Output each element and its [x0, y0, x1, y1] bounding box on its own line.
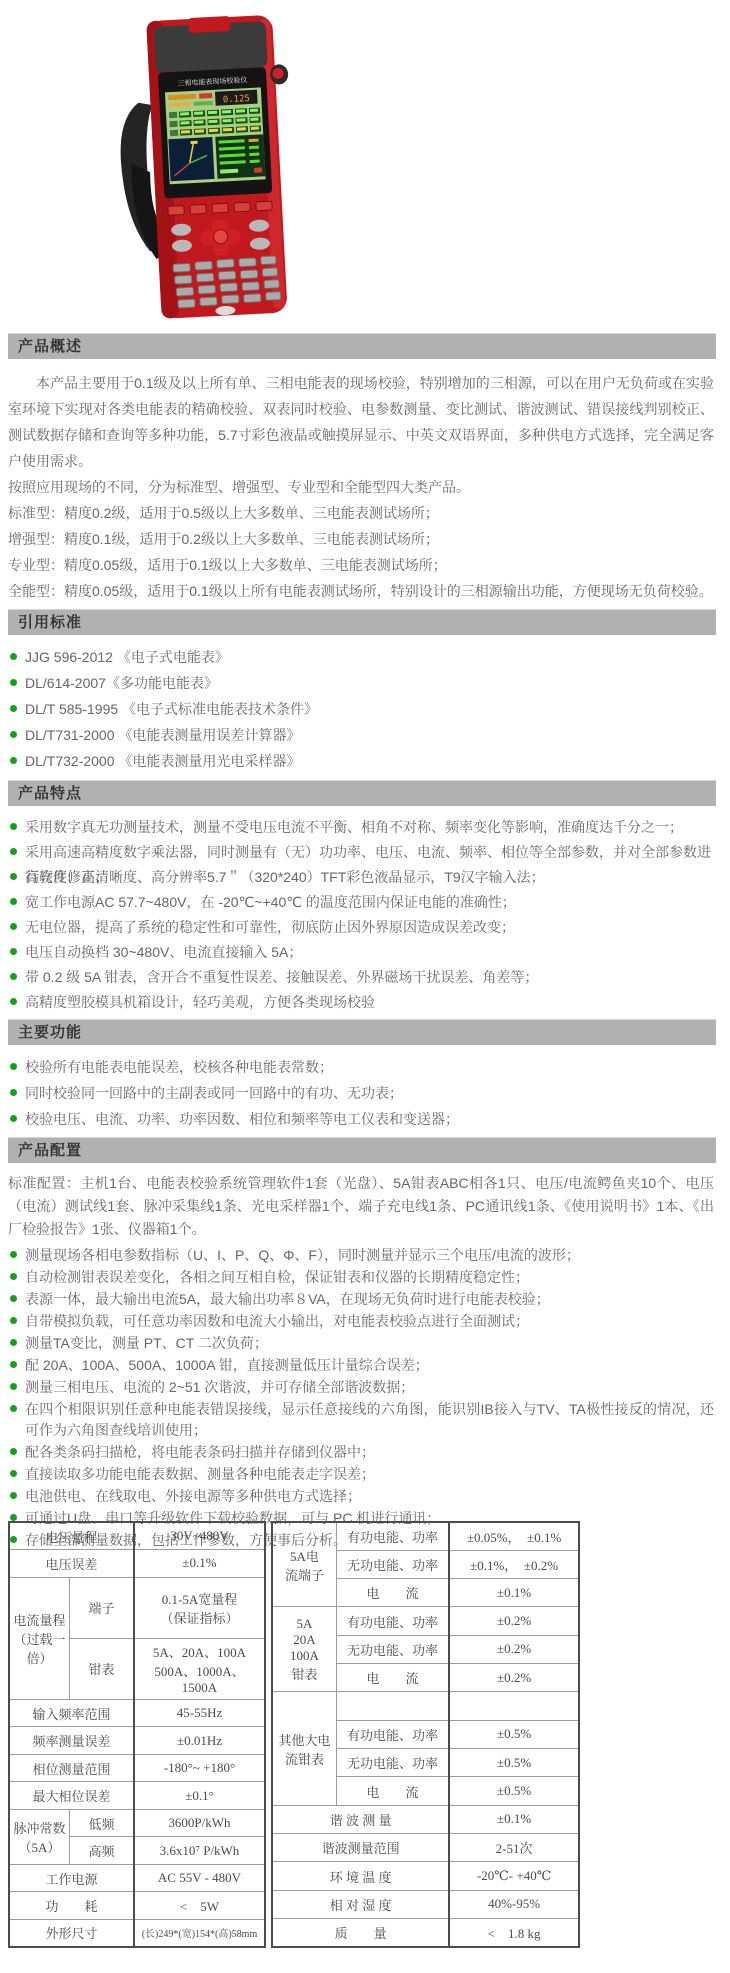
list-item: 宽工作电源AC 57.7~480V，在 -20℃~+40℃ 的温度范围内保证电能… — [8, 890, 714, 915]
spec-label: 有功电能、功率 — [336, 1522, 449, 1550]
spec-value: ±0.5% — [449, 1749, 579, 1777]
spec-label: 相 对 湿 度 — [272, 1890, 449, 1918]
bullet-icon — [10, 1063, 17, 1070]
list-item: 校验电压、电流、功率、功率因数、相位和频率等电工仪表和变送器； — [8, 1106, 714, 1132]
bullet-icon — [10, 1251, 17, 1258]
spec-table-right: 5A电 流端子有功电能、功率±0.05%， ±0.1% 无功电能、功率±0.1%… — [271, 1521, 580, 1948]
spec-label: 环 境 温 度 — [272, 1862, 449, 1890]
config-list: 测量现场各相电参数指标（U、I、P、Q、Φ、F），同时测量并显示三个电压/电流的… — [0, 1241, 730, 1551]
spec-label: 无功电能、功率 — [336, 1749, 449, 1777]
product-image: 三相电能表现场校验仪 0.125 — [108, 4, 318, 337]
spec-label: 电压量程 — [9, 1522, 134, 1550]
bullet-icon — [10, 1295, 17, 1302]
spec-label: 高频 — [69, 1837, 134, 1865]
spec-label: 外形尺寸 — [9, 1919, 134, 1947]
list-item: 测量现场各相电参数指标（U、I、P、Q、Φ、F），同时测量并显示三个电压/电流的… — [8, 1245, 714, 1266]
list-item: 同时校验同一回路中的主副表或同一回路中的有功、无功表； — [8, 1080, 714, 1106]
bullet-icon — [10, 923, 17, 930]
features-list: 采用数字真无功测量技术，测量不受电压电流不平衡、相角不对称、频率变化等影响，准确… — [0, 806, 730, 1015]
list-item: DL/T732-2000 《电能表测量用光电采样器》 — [8, 748, 714, 774]
spec-label: 有功电能、功率 — [336, 1607, 449, 1635]
list-item: 配各类条码扫描枪，将电能表条码扫描并存储到仪器中； — [8, 1442, 714, 1463]
spec-value: AC 55V - 480V — [134, 1864, 265, 1892]
spec-value: ±0.5% — [449, 1777, 579, 1805]
bullet-icon — [10, 1273, 17, 1280]
list-item: DL/T 585-1995 《电子式标准电能表技术条件》 — [8, 696, 714, 722]
list-item: 带 0.2 级 5A 钳表，含开合不重复性误差、接触误差、外界磁场干扰误差、角差… — [8, 965, 714, 990]
device-illustration: 三相电能表现场校验仪 0.125 — [108, 4, 318, 332]
bullet-icon — [10, 1089, 17, 1096]
overview-type: 标准型：精度0.2级，适用于0.5级以上大多数单、三电能表测试场所； — [8, 500, 714, 526]
list-item: 表源一体，最大输出电流5A，最大输出功率８VA，在现场无负荷时进行电能表校验； — [8, 1289, 714, 1310]
bullet-icon — [10, 998, 17, 1005]
list-item: 采用高速高精度数字乘法器，同时测量有（无）功功率、电压、电流、频率、相位等全部参… — [8, 840, 714, 865]
bullet-icon — [10, 1448, 17, 1455]
spec-group: 5A 20A 100A 钳表 — [272, 1607, 336, 1692]
spec-group: 5A电 流端子 — [272, 1522, 336, 1607]
list-item: 测量三相电压、电流的 2~51 次谐波，并可存储全部谐波数据； — [8, 1377, 714, 1398]
bullet-icon — [10, 757, 17, 764]
spec-label: 低频 — [69, 1809, 134, 1837]
section-header-config: 产品配置 — [8, 1137, 716, 1163]
list-item: 无电位器，提高了系统的稳定性和可靠性，彻底防止因外界原因造成误差改变； — [8, 915, 714, 940]
spec-value: < 5W — [134, 1892, 265, 1920]
spec-value: 2-51次 — [449, 1834, 579, 1862]
spec-value: -20℃- +40℃ — [449, 1862, 579, 1890]
bullet-icon — [10, 898, 17, 905]
bullet-icon — [10, 1383, 17, 1390]
section-title: 产品概述 — [18, 338, 82, 355]
spec-label: 电 流 — [336, 1664, 449, 1692]
spec-value: ±0.1% — [449, 1579, 579, 1607]
spec-label: 端子 — [69, 1577, 134, 1638]
spec-value: 40%-95% — [449, 1890, 579, 1918]
readings-panel — [215, 134, 265, 178]
spec-value: ±0.05%， ±0.1% — [449, 1522, 579, 1550]
list-item: DL/T731-2000 《电能表测量用误差计算器》 — [8, 722, 714, 748]
spec-value: 45-55Hz — [134, 1699, 265, 1727]
spec-label: 电 流 — [336, 1777, 449, 1805]
spec-label: 无功电能、功率 — [336, 1550, 449, 1578]
list-item: 采用数字真无功测量技术，测量不受电压电流不平衡、相角不对称、频率变化等影响，准确… — [8, 815, 714, 840]
overview-body: 本产品主要用于0.1级及以上所有单、三相电能表的现场校验，特别增加的三相源，可以… — [8, 359, 714, 604]
spec-table-left: 电压量程30V~480V 电压误差±0.1% 电流量程 （过载一 倍）端子0.1… — [8, 1521, 266, 1948]
bullet-icon — [10, 1361, 17, 1368]
spec-label: 相位测量范围 — [9, 1754, 134, 1782]
spec-label: 电 流 — [336, 1579, 449, 1607]
section-title: 引用标准 — [18, 614, 82, 631]
spec-value: 0.1-5A宽量程 （保证指标） — [134, 1577, 265, 1638]
spec-group: 电流量程 （过载一 倍） — [9, 1577, 69, 1699]
spec-value: (长)249*(宽)154*(高)58mm — [134, 1919, 265, 1947]
spec-label: 谐波测量范围 — [272, 1834, 449, 1862]
standards-list: JJG 596-2012 《电子式电能表》 DL/614-2007《多功能电能表… — [0, 635, 730, 774]
list-item: 在四个相限识别任意种电能表错误接线，显示任意接线的六角图，能识别IB接入与TV、… — [8, 1399, 714, 1441]
list-item: JJG 596-2012 《电子式电能表》 — [8, 644, 714, 670]
bullet-icon — [10, 873, 17, 880]
spec-value: ±0.2% — [449, 1635, 579, 1663]
overview-type: 增强型：精度0.1级，适用于0.2级以上大多数单、三电能表测试场所； — [8, 526, 714, 552]
list-item: 电池供电、在线取电、外接电源等多种供电方式选择； — [8, 1486, 714, 1507]
standard-config-paragraph: 标准配置：主机1台、电能表校验系统管理软件1套（光盘）、5A钳表ABC相各1只、… — [8, 1163, 714, 1241]
spec-label: 有功电能、功率 — [336, 1720, 449, 1748]
spec-group: 脉冲常数 （5A） — [9, 1809, 69, 1864]
bullet-icon — [10, 653, 17, 660]
list-item: 配 20A、100A、500A、1000A 钳，直接测量低压计量综合误差； — [8, 1355, 714, 1376]
spec-label: 谐 波 测 量 — [272, 1805, 449, 1833]
bullet-icon — [10, 1405, 17, 1412]
bullet-icon — [10, 705, 17, 712]
list-item: 自动检测钳表误差变化，各相之间互相自检，保证钳表和仪器的长期精度稳定性； — [8, 1267, 714, 1288]
spec-value: ±0.01Hz — [134, 1727, 265, 1755]
list-item: 自带模拟负载，可任意功率因数和电流大小输出，对电能表校验点进行全面测试； — [8, 1311, 714, 1332]
spec-value: ±0.1° — [134, 1782, 265, 1810]
section-title: 产品特点 — [18, 785, 82, 802]
section-header-standards: 引用标准 — [8, 609, 716, 635]
bullet-icon — [10, 948, 17, 955]
spec-label: 无功电能、功率 — [336, 1635, 449, 1663]
bullet-icon — [10, 973, 17, 980]
bullet-icon — [10, 1115, 17, 1122]
spec-label: 电压误差 — [9, 1550, 134, 1578]
screen-reading: 0.125 — [223, 94, 251, 105]
spec-value: ±0.1%， ±0.2% — [449, 1550, 579, 1578]
spec-label: 输入频率范围 — [9, 1699, 134, 1727]
list-item: DL/614-2007《多功能电能表》 — [8, 670, 714, 696]
list-item: 直接读取多功能电能表数据、测量各种电能表走字误差； — [8, 1464, 714, 1485]
spec-value: 5A、20A、100A 500A、1000A、1500A — [134, 1638, 265, 1699]
spec-tables: 电压量程30V~480V 电压误差±0.1% 电流量程 （过载一 倍）端子0.1… — [8, 1521, 580, 1948]
spec-label: 功 耗 — [9, 1892, 134, 1920]
spec-label: 质 量 — [272, 1919, 449, 1947]
spec-group: 其他大电 流钳表 — [272, 1692, 336, 1805]
spec-label: 工作电源 — [9, 1864, 134, 1892]
overview-type: 专业型：精度0.05级，适用于0.1级以上大多数单、三电能表测试场所； — [8, 552, 714, 578]
functions-list: 校验所有电能表电能误差，校核各种电能表常数； 同时校验同一回路中的主副表或同一回… — [0, 1045, 730, 1132]
spec-value: ±0.1% — [449, 1805, 579, 1833]
spec-value: ±0.5% — [449, 1720, 579, 1748]
bullet-icon — [10, 1514, 17, 1521]
list-item: 高精度塑胶模具机箱设计，轻巧美观，方便各类现场校验 — [8, 990, 714, 1015]
spec-value: -180°~ +180° — [134, 1754, 265, 1782]
spec-value: ±0.1% — [134, 1550, 265, 1578]
spec-value: 3.6x10⁷ P/kWh — [134, 1837, 265, 1865]
overview-intro: 本产品主要用于0.1级及以上所有单、三相电能表的现场校验，特别增加的三相源，可以… — [8, 370, 714, 474]
list-item: 电压自动换档 30~480V、电流直接输入 5A； — [8, 940, 714, 965]
spec-value: ±0.2% — [449, 1607, 579, 1635]
bullet-icon — [10, 731, 17, 738]
section-header-functions: 主要功能 — [8, 1019, 716, 1045]
spec-label: 最大相位误差 — [9, 1782, 134, 1810]
spec-value: < 1.8 kg — [449, 1919, 579, 1947]
spec-value: ±0.2% — [449, 1664, 579, 1692]
spec-value: 30V~480V — [134, 1522, 265, 1550]
product-page: 三相电能表现场校验仪 0.125 — [0, 0, 730, 1973]
spec-label: 频率测量误差 — [9, 1727, 134, 1755]
bullet-icon — [10, 823, 17, 830]
bullet-icon — [10, 1470, 17, 1477]
spec-label: 钳表 — [69, 1638, 134, 1699]
spec-label — [336, 1692, 449, 1720]
bullet-icon — [10, 1339, 17, 1346]
bullet-icon — [10, 679, 17, 686]
bullet-icon — [10, 1492, 17, 1499]
phasor-panel — [168, 137, 214, 181]
spec-value — [449, 1692, 579, 1720]
hero: 三相电能表现场校验仪 0.125 — [0, 0, 730, 333]
overview-line2: 按照应用现场的不同，分为标准型、增强型、专业型和全能型四大类产品。 — [8, 474, 714, 500]
section-header-features: 产品特点 — [8, 780, 716, 806]
list-item: 测量TA变比，测量 PT、CT 二次负荷； — [8, 1333, 714, 1354]
section-title: 产品配置 — [18, 1142, 82, 1159]
section-title: 主要功能 — [18, 1024, 82, 1041]
overview-type: 全能型：精度0.05级，适用于0.1级以上所有电能表测试场所，特别设计的三相源输… — [8, 578, 714, 604]
spec-value: 3600P/kWh — [134, 1809, 265, 1837]
list-item: 校验所有电能表电能误差，校核各种电能表常数； — [8, 1054, 714, 1080]
bullet-icon — [10, 848, 17, 855]
bullet-icon — [10, 1317, 17, 1324]
